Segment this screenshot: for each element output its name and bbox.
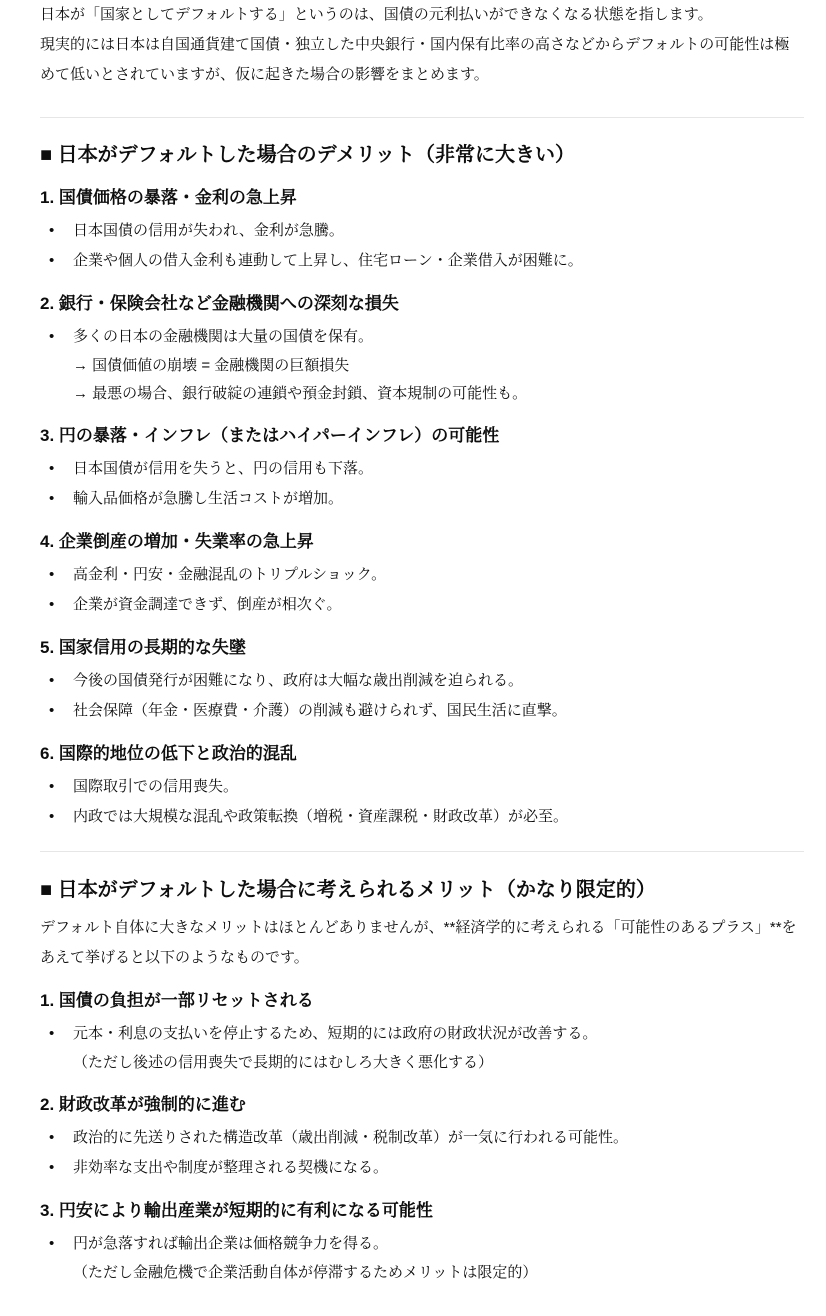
list-item: 円が急落すれば輸出企業は価格競争力を得る。 （ただし金融危機で企業活動自体が停滞… (73, 1229, 804, 1287)
bullet-text: 日本国債が信用を失うと、円の信用も下落。 (73, 454, 804, 484)
list-item: 企業や個人の借入金利も連動して上昇し、住宅ローン・企業借入が困難に。 (73, 246, 804, 276)
subsection-title: 1. 国債価格の暴落・金利の急上昇 (40, 185, 804, 211)
intro-sentence-1: 日本が「国家としてデフォルトする」というのは、国債の元利払いができなくなる状態を… (40, 0, 804, 30)
list-item: 多くの日本の金融機関は大量の国債を保有。 → 国債価値の崩壊 = 金融機関の巨額… (73, 322, 804, 408)
bullet-list: 高金利・円安・金融混乱のトリプルショック。 企業が資金調達できず、倒産が相次ぐ。 (40, 560, 804, 620)
list-item: 輸入品価格が急騰し生活コストが増加。 (73, 484, 804, 514)
bullet-list: 日本国債の信用が失われ、金利が急騰。 企業や個人の借入金利も連動して上昇し、住宅… (40, 216, 804, 276)
subsection-title: 4. 企業倒産の増加・失業率の急上昇 (40, 529, 804, 555)
intro-paragraph: 日本が「国家としてデフォルトする」というのは、国債の元利払いができなくなる状態を… (40, 0, 804, 90)
subsection-title: 3. 円安により輸出産業が短期的に有利になる可能性 (40, 1198, 804, 1224)
intro-sentence-2: 現実的には日本は自国通貨建て国債・独立した中央銀行・国内保有比率の高さなどからデ… (40, 30, 804, 90)
bullet-list: 今後の国債発行が困難になり、政府は大幅な歳出削減を迫られる。 社会保障（年金・医… (40, 666, 804, 726)
bullet-list: 元本・利息の支払いを停止するため、短期的には政府の財政状況が改善する。 （ただし… (40, 1019, 804, 1077)
document-body: 日本が「国家としてデフォルトする」というのは、国債の元利払いができなくなる状態を… (0, 0, 826, 1315)
bullet-text: 企業や個人の借入金利も連動して上昇し、住宅ローン・企業借入が困難に。 (73, 246, 804, 276)
bullet-subnote: → 最悪の場合、銀行破綻の連鎖や預金封鎖、資本規制の可能性も。 (73, 380, 804, 408)
list-item: 非効率な支出や制度が整理される契機になる。 (73, 1153, 804, 1183)
bullet-list: 円が急落すれば輸出企業は価格競争力を得る。 （ただし金融危機で企業活動自体が停滞… (40, 1229, 804, 1287)
list-item: 国際取引での信用喪失。 (73, 772, 804, 802)
demerits-subsection-3: 3. 円の暴落・インフレ（またはハイパーインフレ）の可能性 日本国債が信用を失う… (40, 423, 804, 514)
list-item: 政治的に先送りされた構造改革（歳出削減・税制改革）が一気に行われる可能性。 (73, 1123, 804, 1153)
list-item: 元本・利息の支払いを停止するため、短期的には政府の財政状況が改善する。 （ただし… (73, 1019, 804, 1077)
demerits-subsection-4: 4. 企業倒産の増加・失業率の急上昇 高金利・円安・金融混乱のトリプルショック。… (40, 529, 804, 620)
bullet-text: 円が急落すれば輸出企業は価格競争力を得る。 (73, 1229, 804, 1259)
demerits-subsection-5: 5. 国家信用の長期的な失墜 今後の国債発行が困難になり、政府は大幅な歳出削減を… (40, 635, 804, 726)
list-item: 日本国債が信用を失うと、円の信用も下落。 (73, 454, 804, 484)
bullet-list: 政治的に先送りされた構造改革（歳出削減・税制改革）が一気に行われる可能性。 非効… (40, 1123, 804, 1183)
list-item: 高金利・円安・金融混乱のトリプルショック。 (73, 560, 804, 590)
merits-subsection-2: 2. 財政改革が強制的に進む 政治的に先送りされた構造改革（歳出削減・税制改革）… (40, 1092, 804, 1183)
bullet-subnote: → 国債価値の崩壊 = 金融機関の巨額損失 (73, 352, 804, 380)
subsection-title: 6. 国際的地位の低下と政治的混乱 (40, 741, 804, 767)
bullet-list: 国際取引での信用喪失。 内政では大規模な混乱や政策転換（増税・資産課税・財政改革… (40, 772, 804, 832)
merits-subsection-1: 1. 国債の負担が一部リセットされる 元本・利息の支払いを停止するため、短期的に… (40, 988, 804, 1077)
demerits-subsection-6: 6. 国際的地位の低下と政治的混乱 国際取引での信用喪失。 内政では大規模な混乱… (40, 741, 804, 832)
bullet-text: 社会保障（年金・医療費・介護）の削減も避けられず、国民生活に直撃。 (73, 696, 804, 726)
bullet-list: 日本国債が信用を失うと、円の信用も下落。 輸入品価格が急騰し生活コストが増加。 (40, 454, 804, 514)
merits-lead-paragraph: デフォルト自体に大きなメリットはほとんどありませんが、**経済学的に考えられる「… (40, 913, 804, 973)
bullet-text: 多くの日本の金融機関は大量の国債を保有。 (73, 322, 804, 352)
list-item: 社会保障（年金・医療費・介護）の削減も避けられず、国民生活に直撃。 (73, 696, 804, 726)
bullet-text: 元本・利息の支払いを停止するため、短期的には政府の財政状況が改善する。 (73, 1019, 804, 1049)
list-item: 企業が資金調達できず、倒産が相次ぐ。 (73, 590, 804, 620)
subsection-title: 2. 銀行・保険会社など金融機関への深刻な損失 (40, 291, 804, 317)
demerits-subsection-1: 1. 国債価格の暴落・金利の急上昇 日本国債の信用が失われ、金利が急騰。 企業や… (40, 185, 804, 276)
subsection-title: 1. 国債の負担が一部リセットされる (40, 988, 804, 1014)
bullet-subnote: （ただし金融危機で企業活動自体が停滞するためメリットは限定的） (73, 1259, 804, 1287)
bullet-text: 日本国債の信用が失われ、金利が急騰。 (73, 216, 804, 246)
bullet-text: 今後の国債発行が困難になり、政府は大幅な歳出削減を迫られる。 (73, 666, 804, 696)
bullet-subnote: （ただし後述の信用喪失で長期的にはむしろ大きく悪化する） (73, 1049, 804, 1077)
subsection-title: 5. 国家信用の長期的な失墜 (40, 635, 804, 661)
merits-section-heading: ■ 日本がデフォルトした場合に考えられるメリット（かなり限定的） (40, 875, 804, 905)
merits-subsection-3: 3. 円安により輸出産業が短期的に有利になる可能性 円が急落すれば輸出企業は価格… (40, 1198, 804, 1287)
bullet-text: 国際取引での信用喪失。 (73, 772, 804, 802)
bullet-text: 輸入品価格が急騰し生活コストが増加。 (73, 484, 804, 514)
section-divider (40, 851, 804, 852)
list-item: 内政では大規模な混乱や政策転換（増税・資産課税・財政改革）が必至。 (73, 802, 804, 832)
bullet-text: 政治的に先送りされた構造改革（歳出削減・税制改革）が一気に行われる可能性。 (73, 1123, 804, 1153)
bullet-list: 多くの日本の金融機関は大量の国債を保有。 → 国債価値の崩壊 = 金融機関の巨額… (40, 322, 804, 408)
subsection-title: 3. 円の暴落・インフレ（またはハイパーインフレ）の可能性 (40, 423, 804, 449)
demerits-section-heading: ■ 日本がデフォルトした場合のデメリット（非常に大きい） (40, 140, 804, 170)
list-item: 今後の国債発行が困難になり、政府は大幅な歳出削減を迫られる。 (73, 666, 804, 696)
list-item: 日本国債の信用が失われ、金利が急騰。 (73, 216, 804, 246)
bullet-text: 内政では大規模な混乱や政策転換（増税・資産課税・財政改革）が必至。 (73, 802, 804, 832)
bullet-text: 企業が資金調達できず、倒産が相次ぐ。 (73, 590, 804, 620)
demerits-subsection-2: 2. 銀行・保険会社など金融機関への深刻な損失 多くの日本の金融機関は大量の国債… (40, 291, 804, 408)
subsection-title: 2. 財政改革が強制的に進む (40, 1092, 804, 1118)
bullet-text: 非効率な支出や制度が整理される契機になる。 (73, 1153, 804, 1183)
bullet-text: 高金利・円安・金融混乱のトリプルショック。 (73, 560, 804, 590)
section-divider (40, 117, 804, 118)
